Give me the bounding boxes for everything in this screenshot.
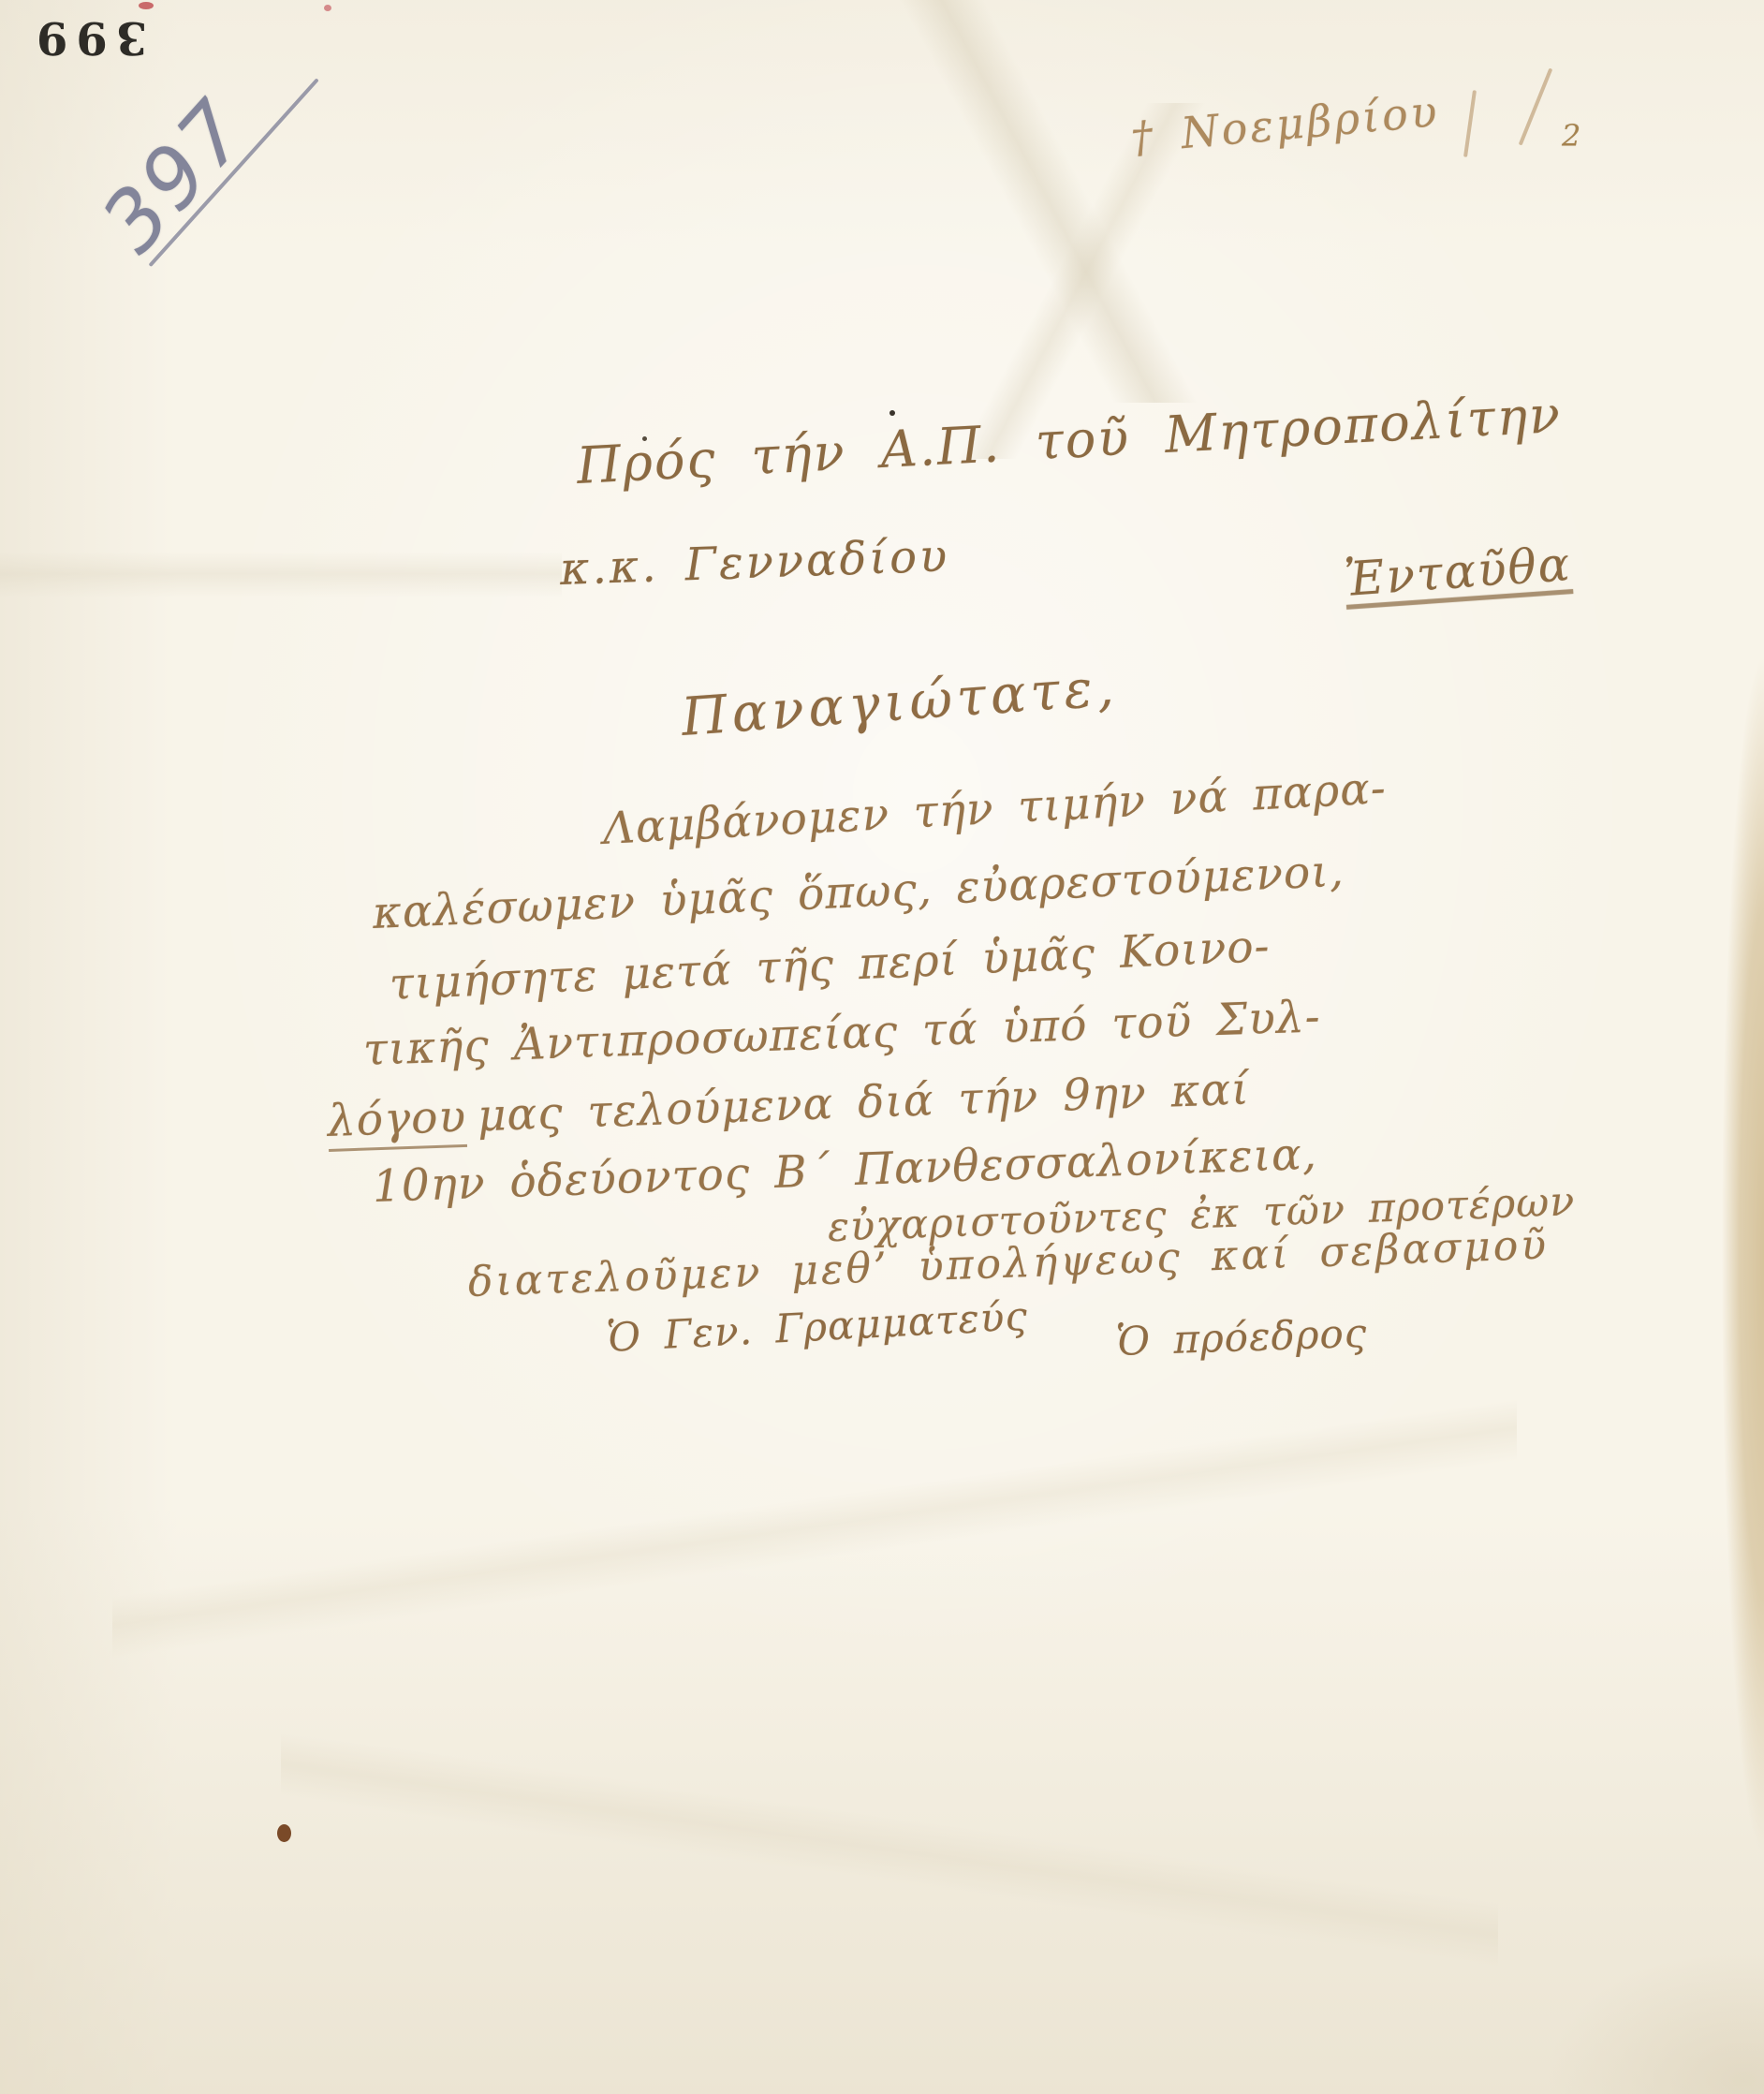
address-line-recipient: Πρός τήν Α.Π. τοῦ Μητροπολίτην [575,385,1563,495]
red-speck [139,2,154,9]
page-right-edge [1676,487,1764,2023]
date-cross-symbol: † [1129,111,1158,163]
address-line-name: κ.κ. Γενναδίου [559,529,950,595]
body-line: Λαμβάνομεν τήν τιμήν νά παρα- [602,762,1388,855]
paper-crease [805,0,1292,403]
date-month: Νοεμβρίου [1179,85,1442,158]
signature-title-secretary: Ὁ Γεν. Γραμματεύς [606,1292,1029,1361]
paper-crease [281,1733,1498,1967]
red-speck [324,5,331,11]
signature-title-president: Ὁ πρόεδρος [1115,1310,1368,1364]
date-line: † Νοεμβρίου [1129,85,1442,163]
address-line-place: Ἐνταῦθα [1343,537,1573,607]
brown-speck [277,1824,291,1842]
body-line-rest: μας τελούμενα διά τήν 9ην καί [477,1064,1251,1143]
ink-stroke-artifact [1463,90,1477,157]
stamp-page-number: 399 [28,11,147,64]
date-day-mark: 2 [1562,118,1581,154]
scanned-letter-page: 399 397 † Νοεμβρίου 2 Πρός τήν Α.Π. τοῦ … [0,0,1764,2094]
paper-crease [0,506,562,637]
ink-dot [889,410,895,416]
salutation: Παναγιώτατε, [680,656,1121,747]
ink-stroke-artifact [1519,67,1553,145]
underlined-word: λόγου [327,1091,467,1152]
paper-crease [112,1386,1517,1667]
